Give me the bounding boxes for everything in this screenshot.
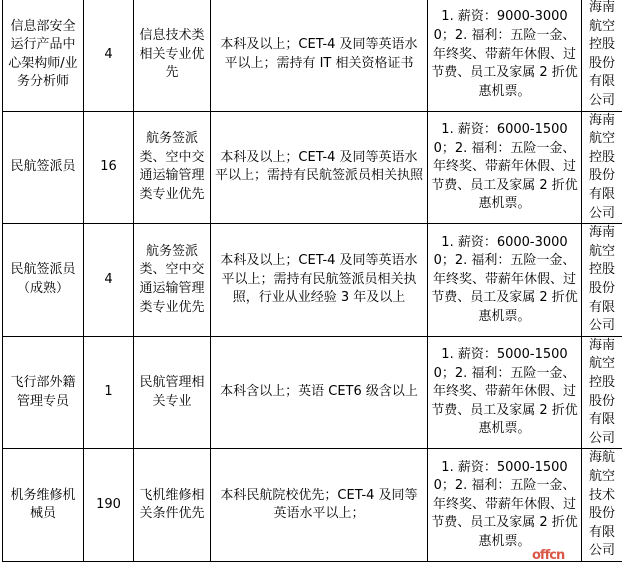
table-row: 机务维修机械员 190 飞机维修相关条件优先 本科民航院校优先；CET-4 及同…: [3, 449, 622, 562]
job-listing-table: 信息部安全运行产品中心架构师/业务分析师 4 信息技术类相关专业优先 本科及以上…: [2, 0, 622, 562]
company-cell: 海南航空控股股份有限公司: [582, 0, 622, 111]
major-cell: 航务签派类、空中交通运输管理类专业优先: [134, 224, 211, 337]
salary-benefits-cell: 1. 薪资：6000-30000；2. 福利：五险一金、年终奖、带薪年休假、过节…: [428, 224, 582, 337]
headcount-cell: 4: [84, 0, 134, 111]
company-cell: 海航航空技术股份有限公司: [582, 449, 622, 562]
major-cell: 飞机维修相关条件优先: [134, 449, 211, 562]
table-row: 民航签派员（成熟） 4 航务签派类、空中交通运输管理类专业优先 本科及以上；CE…: [3, 224, 622, 337]
requirement-cell: 本科及以上；CET-4 及同等英语水平以上；需持有民航签派员相关执照: [211, 111, 428, 224]
requirement-cell: 本科民航院校优先；CET-4 及同等英语水平以上；: [211, 449, 428, 562]
requirement-cell: 本科含以上；英语 CET6 级含以上: [211, 336, 428, 449]
salary-benefits-cell: 1. 薪资：5000-15000；2. 福利：五险一金、年终奖、带薪年休假、过节…: [428, 336, 582, 449]
salary-benefits-cell: 1. 薪资：5000-15000；2. 福利：五险一金、年终奖、带薪年休假、过节…: [428, 449, 582, 562]
headcount-cell: 190: [84, 449, 134, 562]
company-cell: 海南航空控股股份有限公司: [582, 336, 622, 449]
job-title-cell: 机务维修机械员: [3, 449, 84, 562]
requirement-cell: 本科及以上；CET-4 及同等英语水平以上；需持有 IT 相关资格证书: [211, 0, 428, 111]
company-cell: 海南航空控股股份有限公司: [582, 224, 622, 337]
table-row: 飞行部外籍管理专员 1 民航管理相关专业 本科含以上；英语 CET6 级含以上 …: [3, 336, 622, 449]
major-cell: 民航管理相关专业: [134, 336, 211, 449]
headcount-cell: 16: [84, 111, 134, 224]
salary-benefits-cell: 1. 薪资：6000-15000；2. 福利：五险一金、年终奖、带薪年休假、过节…: [428, 111, 582, 224]
company-cell: 海南航空控股股份有限公司: [582, 111, 622, 224]
major-cell: 航务签派类、空中交通运输管理类专业优先: [134, 111, 211, 224]
watermark-logo: offcn: [532, 548, 564, 563]
salary-benefits-cell: 1. 薪资：9000-30000；2. 福利：五险一金、年终奖、带薪年休假、过节…: [428, 0, 582, 111]
job-title-cell: 飞行部外籍管理专员: [3, 336, 84, 449]
table-row: 信息部安全运行产品中心架构师/业务分析师 4 信息技术类相关专业优先 本科及以上…: [3, 0, 622, 111]
headcount-cell: 4: [84, 224, 134, 337]
headcount-cell: 1: [84, 336, 134, 449]
major-cell: 信息技术类相关专业优先: [134, 0, 211, 111]
table-row: 民航签派员 16 航务签派类、空中交通运输管理类专业优先 本科及以上；CET-4…: [3, 111, 622, 224]
requirement-cell: 本科及以上；CET-4 及同等英语水平以上；需持有民航签派员相关执照，行业从业经…: [211, 224, 428, 337]
job-title-cell: 民航签派员: [3, 111, 84, 224]
job-title-cell: 民航签派员（成熟）: [3, 224, 84, 337]
job-title-cell: 信息部安全运行产品中心架构师/业务分析师: [3, 0, 84, 111]
